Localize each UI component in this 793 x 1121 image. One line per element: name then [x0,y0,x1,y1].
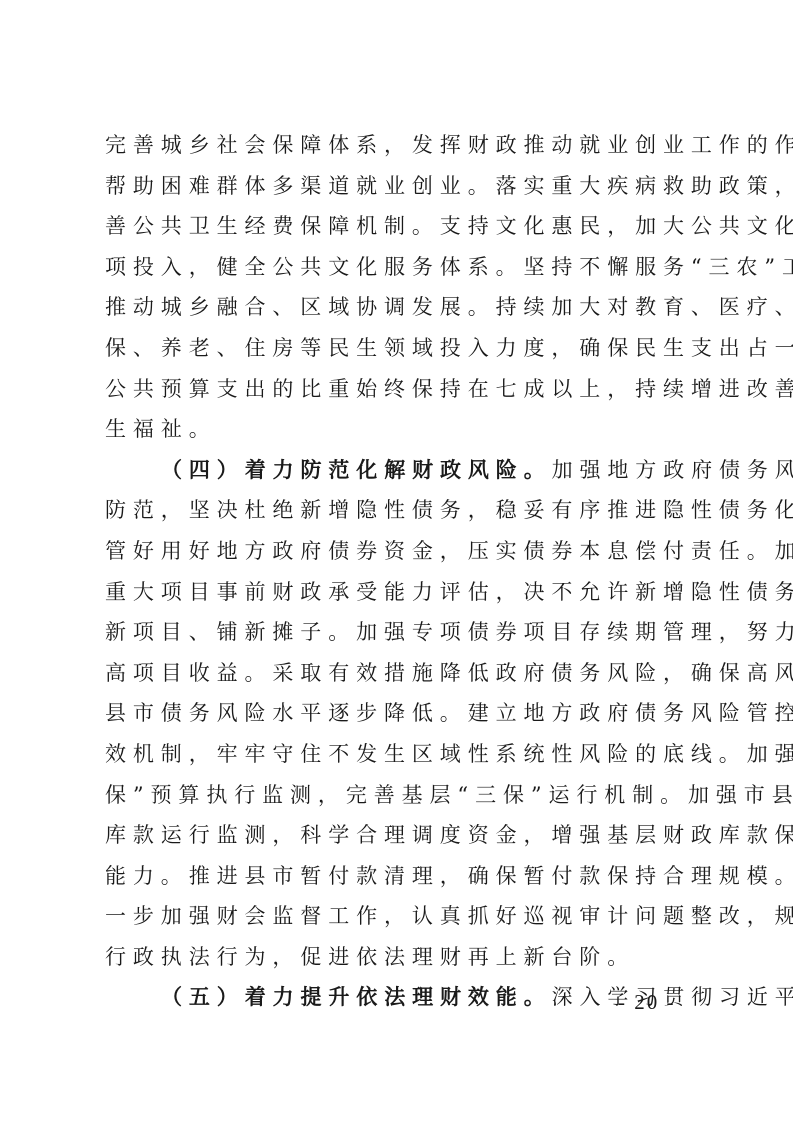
text-line: 推动城乡融合、区域协调发展。持续加大对教育、医疗、社 [105,287,693,328]
text-span: 加强地方政府债务风险 [552,458,793,482]
text-line: 善公共卫生经费保障机制。支持文化惠民，加大公共文化专 [105,206,693,247]
text-line: 县市债务风险水平逐步降低。建立地方政府债务风险管控长 [105,693,693,734]
text-line: 完善城乡社会保障体系，发挥财政推动就业创业工作的作用， [105,125,693,166]
text-line: 一步加强财会监督工作，认真抓好巡视审计问题整改，规范 [105,896,693,937]
text-line: 重大项目事前财政承受能力评估，决不允许新增隐性债务上 [105,572,693,613]
text-line: 生福祉。 [105,409,693,450]
text-line: 项投入，健全公共文化服务体系。坚持不懈服务“三农”工作， [105,247,693,288]
section-heading-line: （四）着力防范化解财政风险。加强地方政府债务风险 [105,450,693,491]
text-line: 保”预算执行监测，完善基层“三保”运行机制。加强市县财政 [105,775,693,816]
text-line: 帮助困难群体多渠道就业创业。落实重大疾病救助政策，完 [105,166,693,207]
text-line: 公共预算支出的比重始终保持在七成以上，持续增进改善民 [105,369,693,410]
text-line: 能力。推进县市暂付款清理，确保暂付款保持合理规模。进 [105,856,693,897]
body-text: 完善城乡社会保障体系，发挥财政推动就业创业工作的作用， 帮助困难群体多渠道就业创… [105,125,693,1018]
text-line: 保、养老、住房等民生领域投入力度，确保民生支出占一般 [105,328,693,369]
text-line: 防范，坚决杜绝新增隐性债务，稳妥有序推进隐性债务化解。 [105,490,693,531]
text-line: 新项目、铺新摊子。加强专项债券项目存续期管理，努力提 [105,612,693,653]
page-number: - 20 - [618,990,676,1015]
text-line: 管好用好地方政府债券资金，压实债券本息偿付责任。加大 [105,531,693,572]
text-line: 高项目收益。采取有效措施降低政府债务风险，确保高风险 [105,653,693,694]
text-line: 库款运行监测，科学合理调度资金，增强基层财政库款保障 [105,815,693,856]
section-heading-4: （四）着力防范化解财政风险。 [161,457,552,482]
section-heading-line: （五）着力提升依法理财效能。深入学习贯彻习近平法 [105,977,693,1018]
section-heading-5: （五）着力提升依法理财效能。 [161,984,552,1009]
text-line: 行政执法行为，促进依法理财再上新台阶。 [105,937,693,978]
document-page: 完善城乡社会保障体系，发挥财政推动就业创业工作的作用， 帮助困难群体多渠道就业创… [0,0,793,1121]
text-line: 效机制，牢牢守住不发生区域性系统性风险的底线。加强“三 [105,734,693,775]
